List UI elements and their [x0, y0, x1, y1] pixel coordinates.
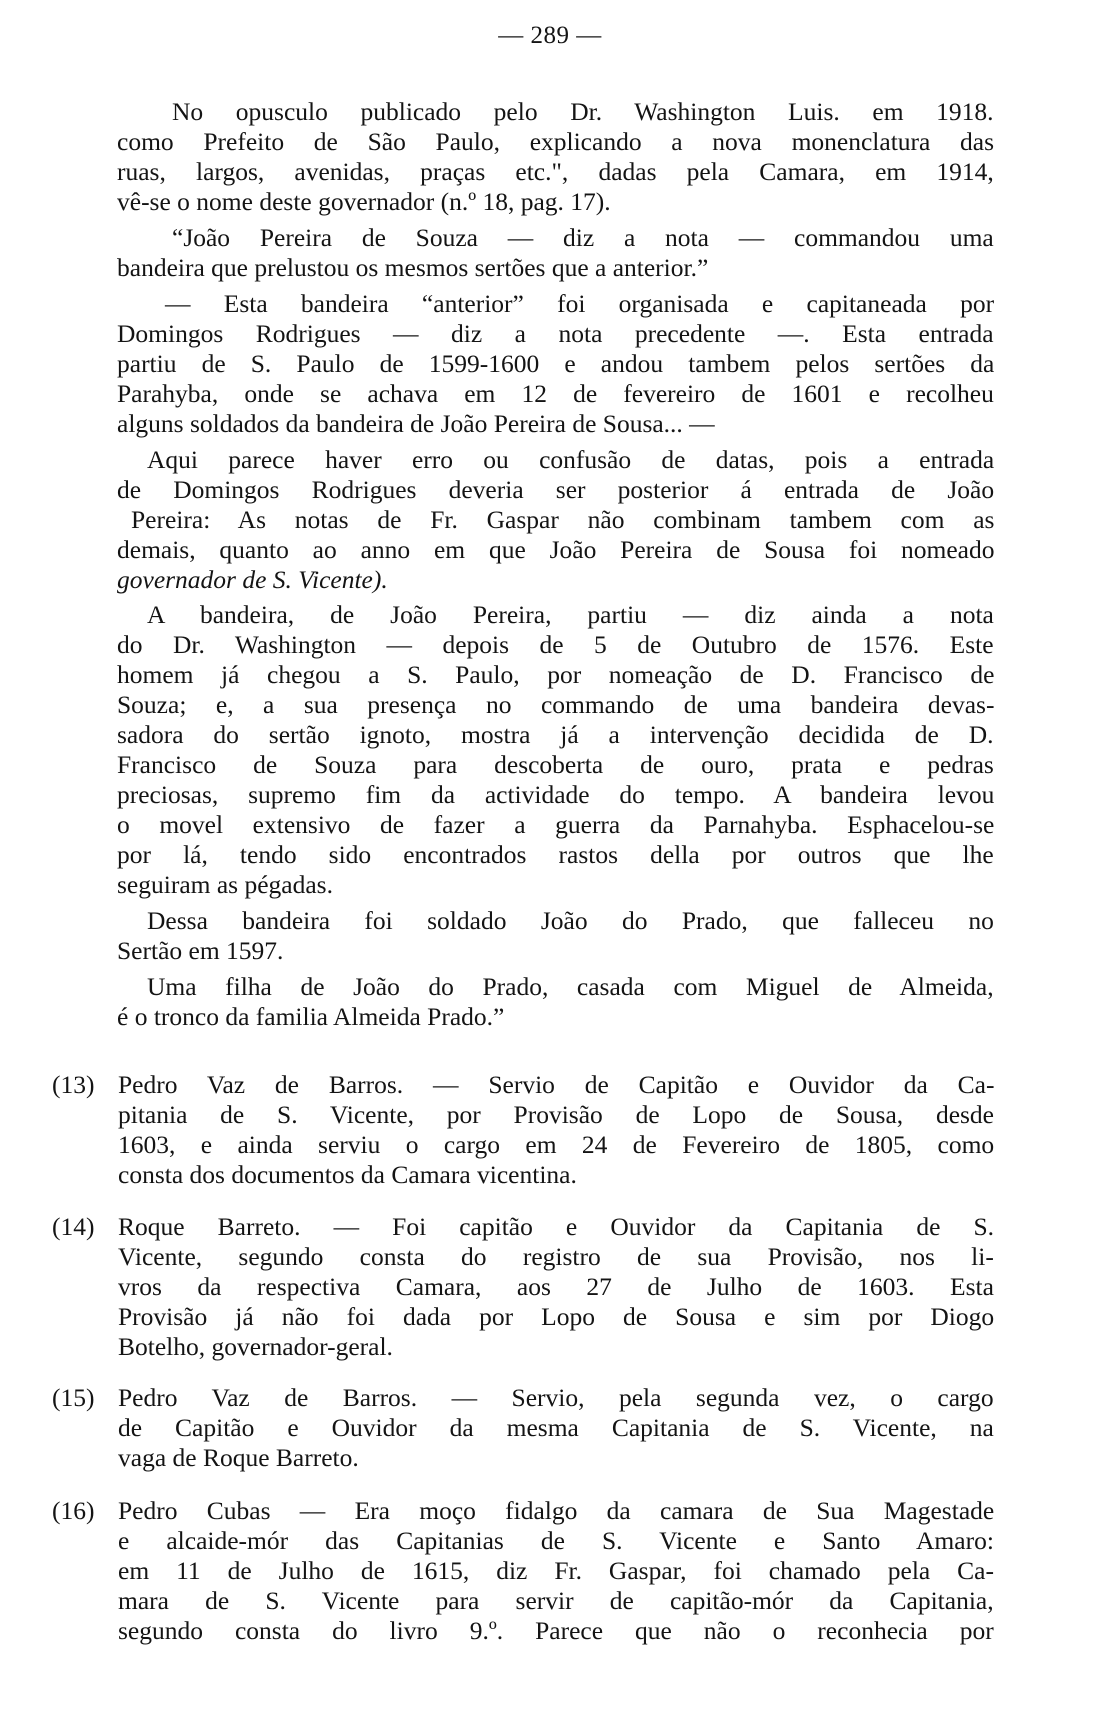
text-line: Francisco de Souza para descoberta de ou… [117, 750, 994, 780]
text-line: “João Pereira de Souza — diz a nota — co… [172, 223, 994, 253]
text-line: Sertão em 1597. [117, 936, 283, 966]
footnote-number: (13) [52, 1070, 94, 1100]
text-line: bandeira que prelustou os mesmos sertões… [117, 253, 708, 283]
footnote-line: de Capitão e Ouvidor da mesma Capitania … [118, 1413, 994, 1443]
text-line: — Esta bandeira “anterior” foi organisad… [165, 289, 994, 319]
footnote-line: mara de S. Vicente para servir de capitã… [118, 1586, 994, 1616]
footnote-line: Botelho, governador-geral. [118, 1332, 393, 1362]
text-line: de Domingos Rodrigues deveria ser poster… [117, 475, 994, 505]
footnote-line: em 11 de Julho de 1615, diz Fr. Gaspar, … [118, 1556, 994, 1586]
text-line: do Dr. Washington — depois de 5 de Outub… [117, 630, 994, 660]
text-line: preciosas, supremo fim da actividade do … [117, 780, 994, 810]
text-line: seguiram as pégadas. [117, 870, 333, 900]
text-line-italic: governador de S. Vicente). [117, 565, 388, 595]
footnote-line: pitania de S. Vicente, por Provisão de L… [118, 1100, 994, 1130]
footnote-line: Pedro Vaz de Barros. — Servio, pela segu… [118, 1383, 994, 1413]
footnote-line: vros da respectiva Camara, aos 27 de Jul… [118, 1272, 994, 1302]
footnote-line: Pedro Cubas — Era moço fidalgo da camara… [118, 1496, 994, 1526]
text-line: sadora do sertão ignoto, mostra já a int… [117, 720, 994, 750]
text-line: partiu de S. Paulo de 1599-1600 e andou … [117, 349, 994, 379]
footnote-line: consta dos documentos da Camara vicentin… [118, 1160, 577, 1190]
footnote-line: e alcaide-mór das Capitanias de S. Vicen… [118, 1526, 994, 1556]
text-line: alguns soldados da bandeira de João Pere… [117, 409, 715, 439]
text-line-with-italic: vê-se o nome deste governador (n.º 18, p… [117, 187, 611, 217]
footnote-line: 1603, e ainda serviu o cargo em 24 de Fe… [118, 1130, 994, 1160]
footnote-number: (15) [52, 1383, 94, 1413]
text-line: Dessa bandeira foi soldado João do Prado… [147, 906, 994, 936]
footnote-line: vaga de Roque Barreto. [118, 1443, 359, 1473]
text-line: por lá, tendo sido encontrados rastos de… [117, 840, 994, 870]
footnote-line: Pedro Vaz de Barros. — Servio de Capitão… [118, 1070, 994, 1100]
text-line: Domingos Rodrigues — diz a nota preceden… [117, 319, 994, 349]
text-line: Aqui parece haver erro ou confusão de da… [147, 445, 994, 475]
text-line: A bandeira, de João Pereira, partiu — di… [147, 600, 994, 630]
footnote-number: (16) [52, 1496, 94, 1526]
text-line: Parahyba, onde se achava em 12 de fevere… [117, 379, 994, 409]
footnote-line: Roque Barreto. — Foi capitão e Ouvidor d… [118, 1212, 994, 1242]
text-line: vê-se o nome deste governador (n.º 18, p… [117, 187, 611, 216]
text-line: ruas, largos, avenidas, praças etc.", da… [117, 157, 994, 187]
text-line: Uma filha de João do Prado, casada com M… [147, 972, 994, 1002]
page-number: — 289 — [0, 22, 1100, 50]
text-line: o movel extensivo de fazer a guerra da P… [117, 810, 994, 840]
text-line: como Prefeito de São Paulo, explicando a… [117, 127, 994, 157]
footnote-line: Vicente, segundo consta do registro de s… [118, 1242, 994, 1272]
footnote-line: segundo consta do livro 9.º. Parece que … [118, 1616, 994, 1646]
text-line: demais, quanto ao anno em que João Perei… [117, 535, 994, 565]
footnote-number: (14) [52, 1212, 94, 1242]
text-line: homem já chegou a S. Paulo, por nomeação… [117, 660, 994, 690]
text-line: No opusculo publicado pelo Dr. Washingto… [172, 97, 994, 127]
footnote-line: Provisão já não foi dada por Lopo de Sou… [118, 1302, 994, 1332]
text-line: Pereira: As notas de Fr. Gaspar não comb… [131, 505, 994, 535]
text-line: é o tronco da familia Almeida Prado.” [117, 1002, 504, 1032]
text-line: Souza; e, a sua presença no commando de … [117, 690, 994, 720]
